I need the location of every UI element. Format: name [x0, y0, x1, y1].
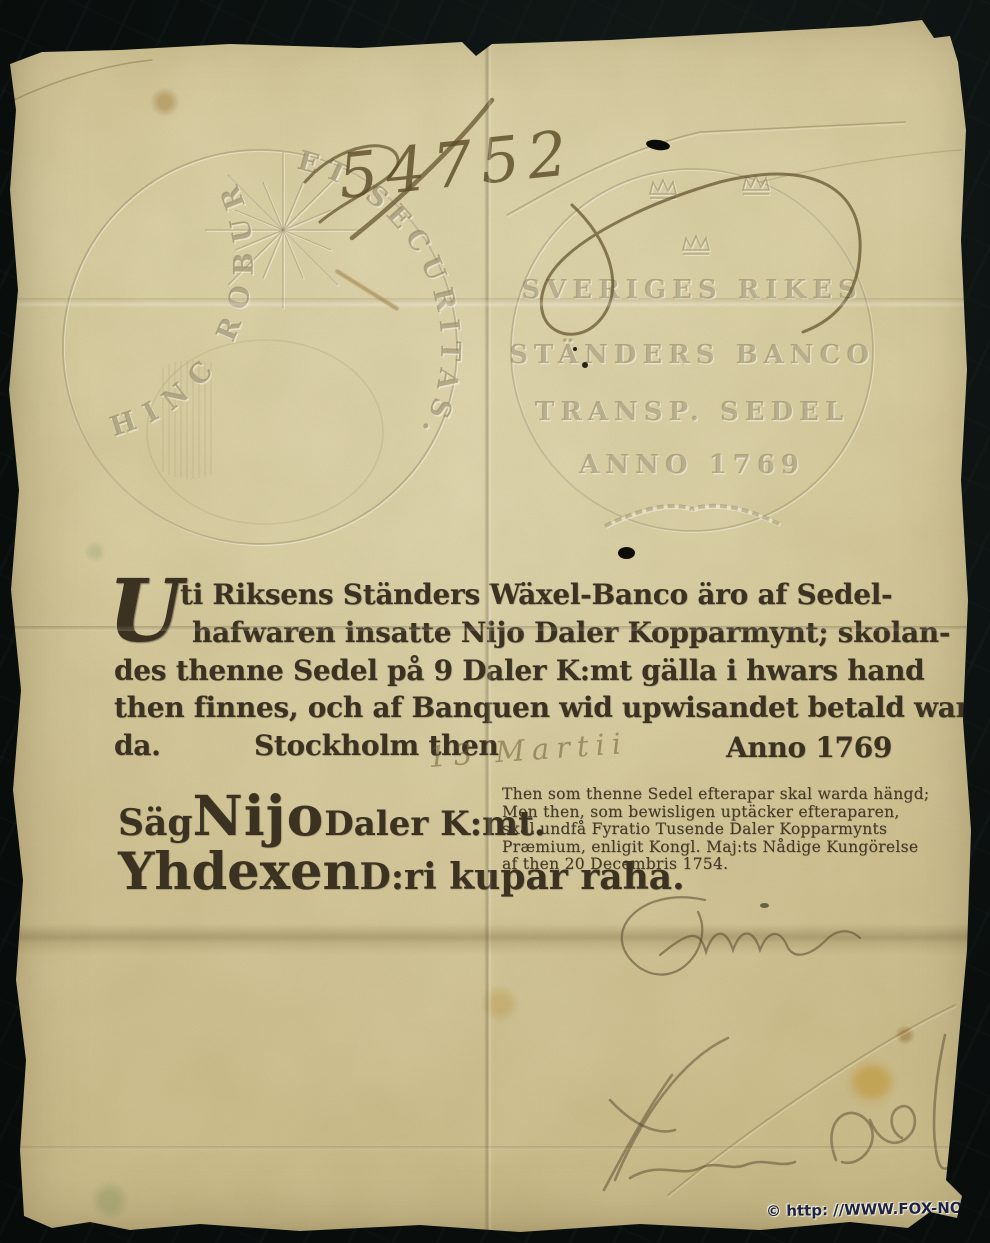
site-watermark: © http: //WWW.FOX-NOTES.RU — [766, 1198, 990, 1220]
paper-grain-texture — [0, 0, 990, 1243]
banknote-paper: HINC ROBUR HINC ROBUR ET SECURITAS. ET S… — [0, 0, 990, 1243]
photo-background: HINC ROBUR HINC ROBUR ET SECURITAS. ET S… — [0, 0, 990, 1243]
